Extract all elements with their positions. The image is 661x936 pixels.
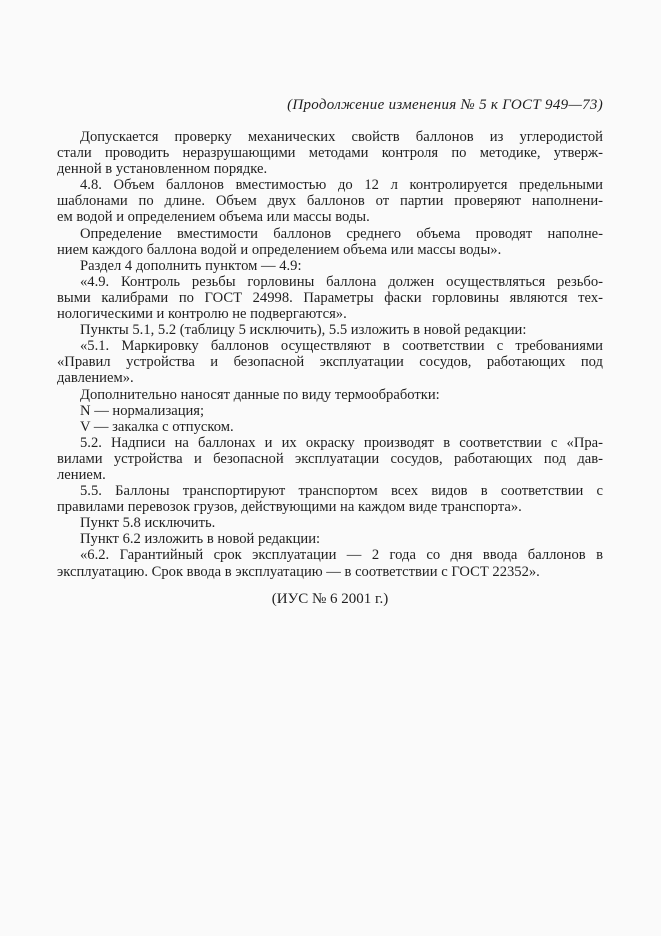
document-body: Допускается проверку механических свойст… (57, 129, 603, 580)
paragraph: Дополнительно наносят данные по виду тер… (57, 387, 603, 403)
paragraph-line: «6.2. Гарантийный срок эксплуатации — 2 … (57, 547, 603, 563)
paragraph: N — нормализация; (57, 403, 603, 419)
paragraph: «5.1. Маркировку баллонов осуществляют в… (57, 338, 603, 386)
paragraph: 5.5. Баллоны транспортируют транспортом … (57, 483, 603, 515)
paragraph-line: Пункты 5.1, 5.2 (таблицу 5 исключить), 5… (57, 322, 603, 338)
paragraph-line: стали проводить неразрушающими методами … (57, 145, 603, 161)
paragraph: Раздел 4 дополнить пунктом — 4.9: (57, 258, 603, 274)
paragraph: Пункт 5.8 исключить. (57, 515, 603, 531)
paragraph: Определение вместимости баллонов среднег… (57, 226, 603, 258)
paragraph-line: выми калибрами по ГОСТ 24998. Параметры … (57, 290, 603, 306)
paragraph-line: лением. (57, 467, 603, 483)
paragraph-line: V — закалка с отпуском. (57, 419, 603, 435)
paragraph-line: N — нормализация; (57, 403, 603, 419)
page-header: (Продолжение изменения № 5 к ГОСТ 949—73… (57, 97, 603, 114)
paragraph-line: вилами устройства и безопасной эксплуата… (57, 451, 603, 467)
paragraph: «6.2. Гарантийный срок эксплуатации — 2 … (57, 547, 603, 579)
paragraph-line: давлением». (57, 370, 603, 386)
paragraph-line: Пункт 6.2 изложить в новой редакции: (57, 531, 603, 547)
paragraph-line: 5.2. Надписи на баллонах и их окраску пр… (57, 435, 603, 451)
paragraph: V — закалка с отпуском. (57, 419, 603, 435)
paragraph-line: 5.5. Баллоны транспортируют транспортом … (57, 483, 603, 499)
page-footer: (ИУС № 6 2001 г.) (57, 591, 603, 608)
paragraph-line: Допускается проверку механических свойст… (57, 129, 603, 145)
paragraph-line: Раздел 4 дополнить пунктом — 4.9: (57, 258, 603, 274)
paragraph: Пункты 5.1, 5.2 (таблицу 5 исключить), 5… (57, 322, 603, 338)
paragraph-line: денной в установленном порядке. (57, 161, 603, 177)
paragraph: Допускается проверку механических свойст… (57, 129, 603, 177)
paragraph-line: правилами перевозок грузов, действующими… (57, 499, 603, 515)
paragraph-line: «Правил устройства и безопасной эксплуат… (57, 354, 603, 370)
paragraph: 4.8. Объем баллонов вместимостью до 12 л… (57, 177, 603, 225)
paragraph: 5.2. Надписи на баллонах и их окраску пр… (57, 435, 603, 483)
paragraph-line: «5.1. Маркировку баллонов осуществляют в… (57, 338, 603, 354)
paragraph-line: нием каждого баллона водой и определение… (57, 242, 603, 258)
paragraph-line: ем водой и определением объема или массы… (57, 209, 603, 225)
paragraph-line: шаблонами по длине. Объем двух баллонов … (57, 193, 603, 209)
paragraph-line: Определение вместимости баллонов среднег… (57, 226, 603, 242)
paragraph: Пункт 6.2 изложить в новой редакции: (57, 531, 603, 547)
paragraph-line: Пункт 5.8 исключить. (57, 515, 603, 531)
paragraph-line: эксплуатацию. Срок ввода в эксплуатацию … (57, 564, 603, 580)
paragraph-line: нологическими и контролю не подвергаются… (57, 306, 603, 322)
paragraph: «4.9. Контроль резьбы горловины баллона … (57, 274, 603, 322)
paragraph-line: «4.9. Контроль резьбы горловины баллона … (57, 274, 603, 290)
paragraph-line: Дополнительно наносят данные по виду тер… (57, 387, 603, 403)
paragraph-line: 4.8. Объем баллонов вместимостью до 12 л… (57, 177, 603, 193)
document-page: (Продолжение изменения № 5 к ГОСТ 949—73… (0, 0, 661, 936)
